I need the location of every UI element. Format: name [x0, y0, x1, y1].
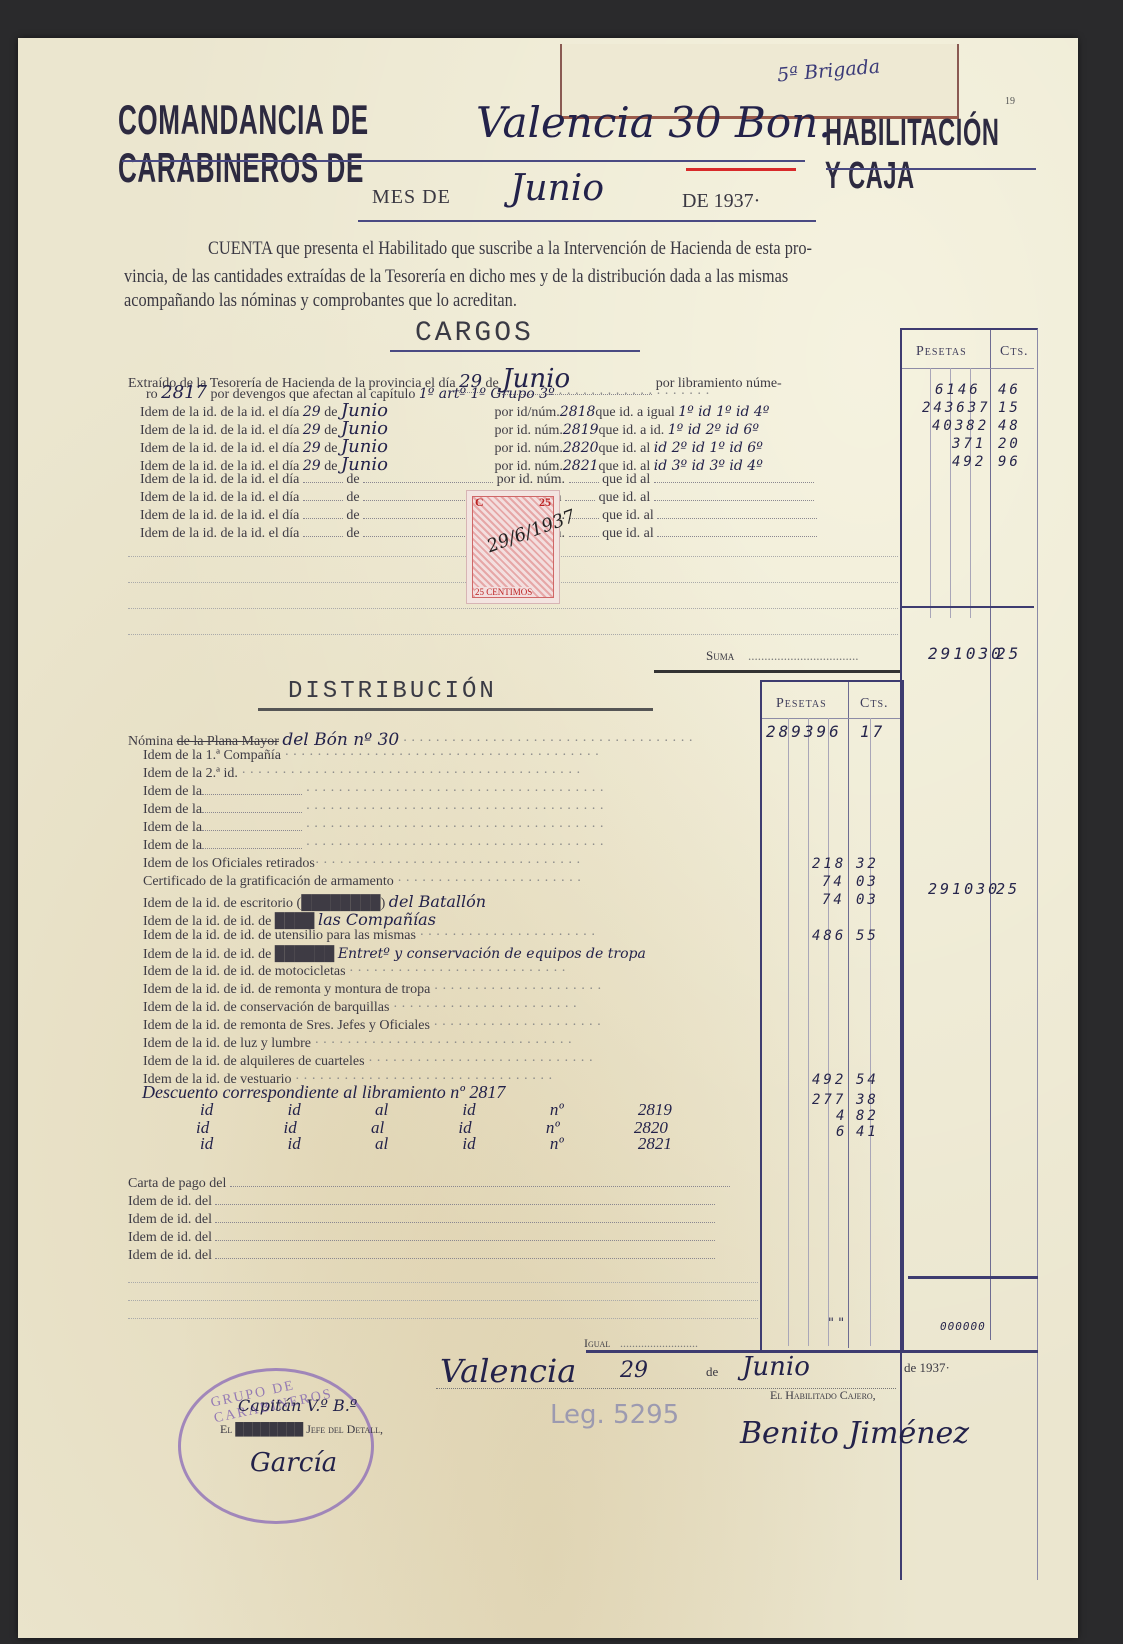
- distribucion-row: Idem de la id. de id. de utensilio para …: [143, 928, 596, 944]
- igual-right: 000000: [940, 1320, 986, 1333]
- dist-amount-pesetas: 218: [812, 856, 846, 872]
- vb-label: Capitán V.º B.º: [238, 1396, 357, 1415]
- carta-row: Carta de pago del: [128, 1176, 730, 1192]
- distribucion-row: Certificado de la gratificación de armam…: [143, 874, 581, 890]
- dist-amount-pesetas: 289396: [766, 722, 842, 741]
- distribucion-row: Idem de la · · · · · · · · · · · · · · ·…: [143, 802, 604, 818]
- header-rule: [122, 160, 805, 162]
- carta-row: Idem de id. del: [128, 1194, 715, 1210]
- official-seal: GRUPO DE CARABINEROS: [178, 1368, 374, 1524]
- distribucion-row: Idem de la id. de id. de motocicletas · …: [143, 964, 566, 980]
- intro-line-2: vincia, de las cantidades extraídas de l…: [124, 266, 788, 288]
- suma-label: Suma: [706, 648, 734, 664]
- dist-amount-cts: 82: [856, 1108, 879, 1124]
- suma-cts: 25: [996, 644, 1021, 663]
- dist-amount-cts: 55: [856, 928, 879, 944]
- distribucion-row: Idem de la · · · · · · · · · · · · · · ·…: [143, 838, 604, 854]
- dist-amount-pesetas: 74: [822, 874, 845, 890]
- dist-amount-pesetas: 6: [836, 1124, 847, 1140]
- suma-pesetas: 291030: [928, 644, 1004, 663]
- carta-row: Idem de id. del: [128, 1230, 715, 1246]
- month-rule: [358, 220, 816, 222]
- distribucion-title: DISTRIBUCIÓN: [288, 678, 497, 705]
- distribucion-row: Idem de la id. de id. de ██████ Entretº …: [143, 946, 646, 963]
- cargos-amount-pesetas: 40382: [932, 418, 989, 434]
- carta-row: Idem de id. del: [128, 1212, 715, 1228]
- archive-reference: Leg. 5295: [550, 1400, 679, 1430]
- cargos-amount-0-pesetas: 6146: [935, 382, 981, 398]
- distribucion-row: Idem de la id. de id. de ████ las Compañ…: [143, 910, 436, 930]
- header-rule-right: [826, 168, 1036, 170]
- revenue-stamp: C 25 29/6/1937 25 CENTIMOS: [466, 490, 560, 604]
- cargos-amount-column: [900, 328, 1038, 1580]
- month-prefix: MES DE: [372, 186, 451, 209]
- distribucion-row: Idem de la id. de id. de remonta y montu…: [143, 982, 602, 998]
- distribucion-row: Idem de la 1.ª Compañía · · · · · · · · …: [143, 748, 599, 764]
- dist-amount-pesetas: 277: [812, 1092, 846, 1108]
- cargos-amount-pesetas: 492: [952, 454, 986, 470]
- distribucion-row: Idem de la · · · · · · · · · · · · · · ·…: [143, 784, 604, 800]
- right-total-pesetas: 291030: [928, 880, 1000, 898]
- distribucion-row: Idem de la id. de alquileres de cuartele…: [143, 1054, 593, 1070]
- dist-amount-pesetas: 4: [836, 1108, 847, 1124]
- cargos-amount-cts: 20: [998, 436, 1021, 452]
- cargos-amount-cts: 96: [998, 454, 1021, 470]
- distribucion-amount-column: [760, 680, 904, 1352]
- signature-right: Benito Jiménez: [740, 1416, 969, 1451]
- cargos-amount-cts: 48: [998, 418, 1021, 434]
- cargos-rule: [390, 350, 640, 352]
- org-prefix: COMANDANCIA DE CARABINEROS DE: [118, 96, 465, 192]
- distribucion-row-nomina: Nómina de la Plana Mayor del Bón nº 30 ·…: [128, 730, 693, 750]
- month-handwritten: Junio: [510, 168, 604, 209]
- footer-day: 29: [620, 1358, 648, 1383]
- igual-ditto: " ": [828, 1316, 844, 1331]
- signature-left: García: [250, 1448, 337, 1478]
- distribucion-row: Idem de la id. de escritorio (████████) …: [143, 892, 486, 912]
- distribucion-col-pesetas: Pesetas: [776, 696, 827, 712]
- distribucion-row: Idem de la id. de luz y lumbre · · · · ·…: [143, 1036, 572, 1052]
- carta-row: Idem de id. del: [128, 1248, 715, 1264]
- dist-amount-cts: 03: [856, 874, 879, 890]
- dist-amount-cts: 38: [856, 1092, 879, 1108]
- distribucion-row: Idem de la id. de conservación de barqui…: [143, 1000, 577, 1016]
- cargos-title: CARGOS: [415, 318, 534, 349]
- igual-label: Igual: [584, 1336, 610, 1351]
- footer-place: Valencia: [440, 1352, 576, 1390]
- cargos-amount-pesetas: 371: [952, 436, 986, 452]
- footer-month: Junio: [742, 1352, 810, 1382]
- cargos-amount-cts: 15: [998, 400, 1021, 416]
- dist-amount-cts: 41: [856, 1124, 879, 1140]
- distribucion-col-cts: Cts.: [860, 696, 889, 712]
- brigade-note: 5ª Brigada: [776, 56, 881, 87]
- org-handwritten: Valencia 30 Bon.: [476, 98, 832, 147]
- cargos-amount-0-cts: 46: [998, 382, 1021, 398]
- year-label: DE 1937·: [682, 190, 760, 213]
- descuento-row: id id al id nº 2821: [200, 1134, 672, 1154]
- dist-amount-cts: 17: [860, 722, 885, 741]
- cargos-col-pesetas: Pesetas: [916, 344, 967, 360]
- intro-line-1: CUENTA que presenta el Habilitado que su…: [208, 238, 812, 260]
- distribucion-row: Idem de la id. de remonta de Sres. Jefes…: [143, 1018, 601, 1034]
- cargos-row-empty: Idem de la id. de la id. el día de por i…: [140, 472, 814, 488]
- dist-amount-cts: 54: [856, 1072, 879, 1088]
- intro-line-3: acompañando las nóminas y comprobantes q…: [124, 290, 517, 312]
- red-underline: [686, 168, 796, 171]
- cargos-col-cts: Cts.: [1000, 344, 1029, 360]
- footer-year: de 1937·: [904, 1360, 950, 1376]
- dist-amount-cts: 32: [856, 856, 879, 872]
- dist-amount-pesetas: 74: [822, 892, 845, 908]
- dist-amount-cts: 03: [856, 892, 879, 908]
- corner-mark: 19: [1005, 96, 1015, 107]
- distribucion-row: Idem de la 2.ª id. · · · · · · · · · · ·…: [143, 766, 581, 782]
- right-total-cts: 25: [996, 880, 1020, 898]
- habilitado-label: El Habilitado Cajero,: [770, 1388, 876, 1403]
- descuento-row: id id al id nº 2819: [200, 1100, 672, 1120]
- distribucion-row: Idem de los Oficiales retirados· · · · ·…: [143, 856, 581, 872]
- cargos-amount-pesetas: 243637: [922, 400, 991, 416]
- jefe-detall-label: El ████████ Jefe del Detall,: [220, 1422, 383, 1437]
- dist-amount-pesetas: 492: [812, 1072, 846, 1088]
- dist-amount-pesetas: 486: [812, 928, 846, 944]
- distribucion-row: Idem de la · · · · · · · · · · · · · · ·…: [143, 820, 604, 836]
- org-suffix: HABILITACIÓN Y CAJA: [825, 112, 1010, 198]
